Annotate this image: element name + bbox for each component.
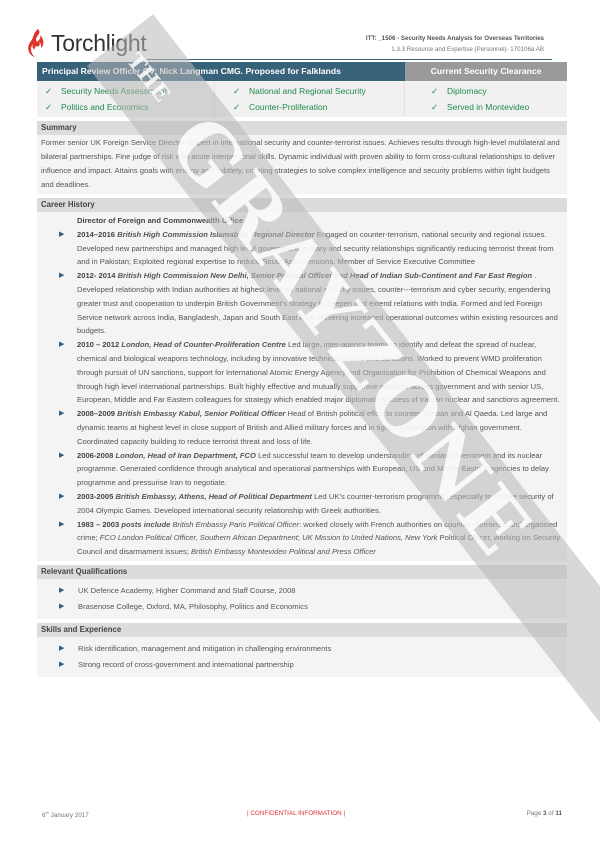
bullet-arrow-icon: ▶ — [59, 407, 64, 421]
career-entry: ▶2012- 2014 British High Commission New … — [57, 269, 563, 338]
check-icon: ✓ — [233, 83, 249, 99]
check-icon: ✓ — [431, 99, 447, 115]
bullet-arrow-icon: ▶ — [59, 449, 64, 463]
career-history: Director of Foreign and Commonwealth Off… — [37, 212, 567, 561]
qualifications-heading: Relevant Qualifications — [37, 565, 567, 579]
check-icon: ✓ — [45, 99, 61, 115]
doc-ref: ITT: _1506 - Security Needs Analysis for… — [366, 33, 544, 44]
cv-page: Torchlight ITT: _1506 - Security Needs A… — [0, 0, 600, 849]
career-years: 2008–2009 — [77, 409, 115, 418]
cv-title: Principal Review Officer CV: Nick Langma… — [37, 62, 405, 81]
key-skills: ✓Security Needs Assessment ✓Politics and… — [37, 81, 567, 117]
career-entry: ▶2006-2008 London, Head of Iran Departme… — [57, 449, 563, 490]
footer-date: 6th January 2017 — [42, 810, 89, 819]
header-divider — [147, 59, 552, 60]
career-entry: ▶2008–2009 British Embassy Kabul, Senior… — [57, 407, 563, 448]
career-entry: ▶2014–2016 British High Commission Islam… — [57, 228, 563, 269]
skills-col-1: ✓Security Needs Assessment ✓Politics and… — [37, 81, 215, 117]
list-item: ▶Brasenose College, Oxford, MA, Philosop… — [57, 599, 567, 615]
career-role: British High Commission Islamabad, Regio… — [117, 230, 314, 239]
experience-list: ▶Risk identification, management and mit… — [37, 637, 567, 677]
career-years: 2010 – 2012 — [77, 340, 119, 349]
bullet-arrow-icon: ▶ — [59, 518, 64, 532]
career-role: British High Commission New Delhi, Senio… — [118, 271, 533, 280]
summary-text: Former senior UK Foreign Service Directo… — [37, 135, 567, 194]
skill-item: ✓National and Regional Security — [233, 83, 404, 99]
career-entry: ▶2010 – 2012 London, Head of Counter-Pro… — [57, 338, 563, 407]
bullet-arrow-icon: ▶ — [59, 338, 64, 352]
career-years: 2014–2016 — [77, 230, 115, 239]
check-icon: ✓ — [233, 99, 249, 115]
list-item: ▶Strong record of cross-government and i… — [57, 657, 567, 673]
experience-heading: Skills and Experience — [37, 623, 567, 637]
career-entry: ▶ 1983 – 2003 posts include British Emba… — [57, 518, 563, 559]
career-description: . Developed relationship with Indian aut… — [77, 271, 558, 335]
bullet-arrow-icon: ▶ — [59, 657, 64, 673]
skills-col-2: ✓National and Regional Security ✓Counter… — [215, 81, 405, 117]
career-heading: Career History — [37, 198, 567, 212]
career-role: London, Head of Counter-Proliferation Ce… — [121, 340, 286, 349]
career-years: 2012- 2014 — [77, 271, 115, 280]
document-reference: ITT: _1506 - Security Needs Analysis for… — [366, 33, 544, 55]
career-role: London, Head of Iran Department, FCO — [115, 451, 256, 460]
qualifications-list: ▶UK Defence Academy, Higher Command and … — [37, 579, 567, 619]
career-years: 2006-2008 — [77, 451, 113, 460]
check-icon: ✓ — [431, 83, 447, 99]
check-icon: ✓ — [45, 83, 61, 99]
title-bar: Principal Review Officer CV: Nick Langma… — [37, 62, 567, 81]
bullet-arrow-icon: ▶ — [59, 228, 64, 242]
confidential-label: | CONFIDENTIAL INFORMATION | — [247, 810, 345, 817]
bullet-arrow-icon: ▶ — [59, 599, 64, 615]
clearance-heading: Current Security Clearance — [405, 62, 567, 81]
career-years: 2003-2005 — [77, 492, 113, 501]
career-role: British Embassy Kabul, Senior Political … — [117, 409, 285, 418]
page-number: Page 3 of 11 — [527, 810, 562, 817]
doc-section: 1.3.3 Resource and Expertise (Personnel)… — [366, 44, 544, 55]
career-entry: ▶2003-2005 British Embassy, Athens, Head… — [57, 490, 563, 518]
skill-item: ✓Diplomacy — [431, 83, 567, 99]
bullet-arrow-icon: ▶ — [59, 269, 64, 283]
summary-heading: Summary — [37, 121, 567, 135]
bullet-arrow-icon: ▶ — [59, 641, 64, 657]
cv-body: Principal Review Officer CV: Nick Langma… — [37, 62, 567, 677]
career-org: Director of Foreign and Commonwealth Off… — [57, 214, 563, 228]
bullet-arrow-icon: ▶ — [59, 490, 64, 504]
torchlight-logo: Torchlight — [27, 28, 146, 58]
list-item: ▶UK Defence Academy, Higher Command and … — [57, 583, 567, 599]
skill-item: ✓Politics and Economics — [45, 99, 214, 115]
flame-icon — [27, 28, 47, 58]
skill-item: ✓Counter-Proliferation — [233, 99, 404, 115]
bullet-arrow-icon: ▶ — [59, 583, 64, 599]
skill-item: ✓Security Needs Assessment — [45, 83, 214, 99]
career-role: British Embassy, Athens, Head of Politic… — [115, 492, 312, 501]
career-description: Led large, inter-agency teams to identif… — [77, 340, 559, 404]
skills-col-3: ✓Diplomacy ✓Served in Montevideo — [405, 81, 567, 117]
skill-item: ✓Served in Montevideo — [431, 99, 567, 115]
logo-text: Torchlight — [51, 30, 146, 57]
list-item: ▶Risk identification, management and mit… — [57, 641, 567, 657]
